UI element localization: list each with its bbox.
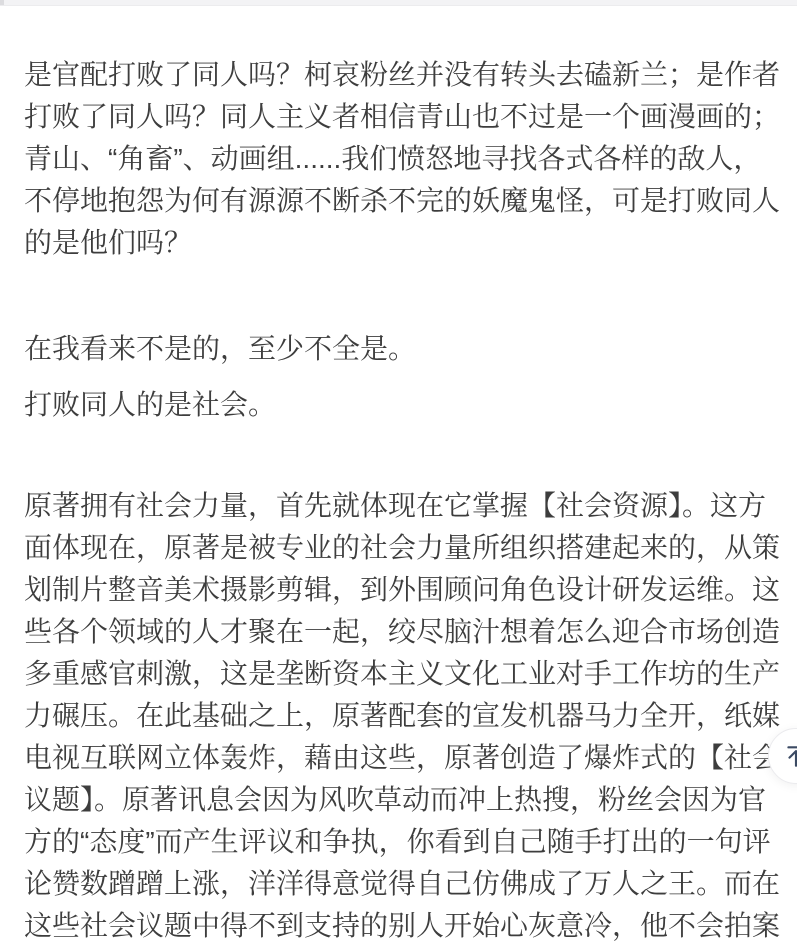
text-line: 打败了同人吗？同人主义者相信青山也不过是一个画漫画的； — [24, 96, 787, 138]
text-line: 原著拥有社会力量，首先就体现在它掌握【社会资源】。这方 — [24, 485, 787, 527]
paragraph-4: 原著拥有社会力量，首先就体现在它掌握【社会资源】。这方 面体现在，原著是被专业的… — [24, 485, 787, 945]
paragraph-spacer — [24, 264, 787, 328]
text-line: 打败同人的是社会。 — [24, 384, 787, 426]
paragraph-2: 在我看来不是的，至少不全是。 — [24, 328, 787, 370]
top-edge-notch — [0, 0, 4, 5]
paragraph-spacer — [24, 426, 787, 485]
text-line: 的是他们吗？ — [24, 222, 787, 264]
text-line: 青山、“角畜”、动画组......我们愤怒地寻找各式各样的敌人， — [24, 138, 787, 180]
paragraph-spacer — [24, 370, 787, 384]
paragraph-3: 打败同人的是社会。 — [24, 384, 787, 426]
text-line: 议题】。原著讯息会因为风吹草动而冲上热搜，粉丝会因为官 — [24, 779, 787, 821]
text-line: 划制片整音美术摄影剪辑，到外围顾问角色设计研发运维。这 — [24, 569, 787, 611]
text-line: 方的“态度”而产生评议和争执，你看到自己随手打出的一句评 — [24, 821, 787, 863]
text-line: 论赞数蹭蹭上涨，洋洋得意觉得自己仿佛成了万人之王。而在 — [24, 863, 787, 905]
text-line: 是官配打败了同人吗？柯哀粉丝并没有转头去磕新兰；是作者 — [24, 54, 787, 96]
text-line: 这些社会议题中得不到支持的别人开始心灰意冷，他不会拍案 — [24, 905, 787, 945]
text-line: 力碾压。在此基础之上，原著配套的宣发机器马力全开，纸媒 — [24, 695, 787, 737]
text-line: 面体现在，原著是被专业的社会力量所组织搭建起来的，从策 — [24, 527, 787, 569]
text-line: 在我看来不是的，至少不全是。 — [24, 328, 787, 370]
text-line: 不停地抱怨为何有源源不断杀不完的妖魔鬼怪，可是打败同人 — [24, 180, 787, 222]
paragraph-1: 是官配打败了同人吗？柯哀粉丝并没有转头去磕新兰；是作者 打败了同人吗？同人主义者… — [24, 54, 787, 264]
text-line: 多重感官刺激，这是垄断资本主义文化工业对手工作坊的生产 — [24, 653, 787, 695]
article-body: 是官配打败了同人吗？柯哀粉丝并没有转头去磕新兰；是作者 打败了同人吗？同人主义者… — [0, 6, 797, 945]
arrow-up-to-bar-icon — [783, 743, 797, 769]
text-line: 电视互联网立体轰炸，藉由这些，原著创造了爆炸式的【社会 — [24, 737, 787, 779]
text-line: 些各个领域的人才聚在一起，绞尽脑汁想着怎么迎合市场创造 — [24, 611, 787, 653]
